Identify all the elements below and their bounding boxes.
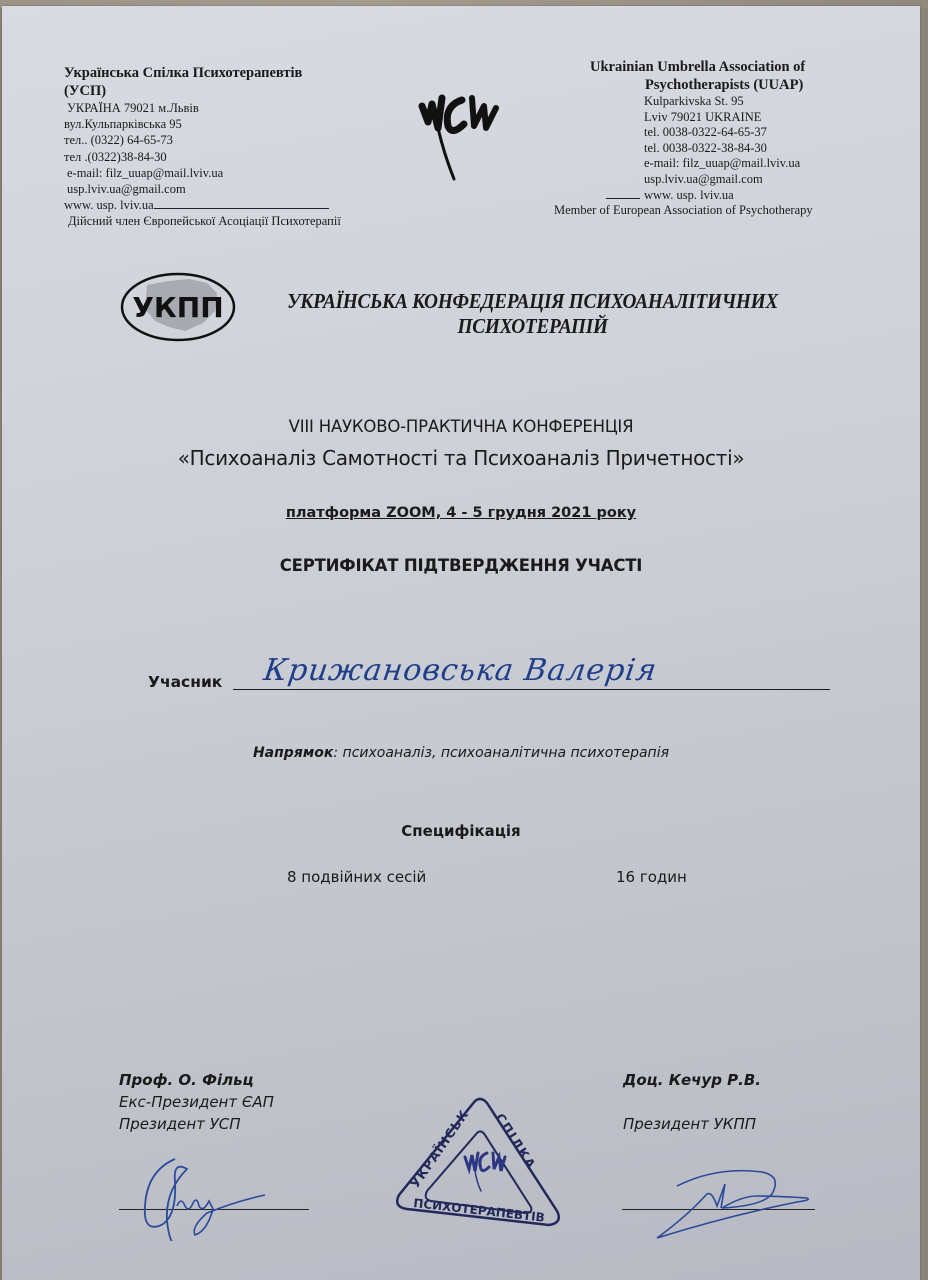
confederation-title: УКРАЇНСЬКА КОНФЕДЕРАЦІЯ ПСИХОАНАЛІТИЧНИХ…	[252, 289, 813, 339]
conference-platform-date: платформа ZOOM, 4 - 5 грудня 2021 року	[2, 505, 920, 521]
signatory-left-role1: Екс-Президент ЄАП	[119, 1091, 274, 1113]
org-abbrev-en: Psychotherapists (UUAP)	[542, 76, 882, 94]
signature-right-icon	[647, 1166, 817, 1241]
direction-value: : психоаналіз, психоаналітична психотера…	[333, 745, 669, 761]
phone-2-en: tel. 0038-0322-38-84-30	[542, 141, 882, 157]
stamp-icon: УКРАЇНСЬКА СПІЛКА ПСИХОТЕРАПЕВТІВ	[387, 1091, 572, 1241]
letterhead-right: Ukrainian Umbrella Association of Psycho…	[542, 58, 882, 219]
email-1-en: e-mail: filz_uuap@mail.lviv.ua	[542, 156, 882, 172]
svg-text:УКРАЇНСЬКА: УКРАЇНСЬКА	[387, 1091, 472, 1191]
org-name-en: Ukrainian Umbrella Association of	[542, 58, 882, 76]
participant-name-line	[233, 689, 830, 690]
membership-en: Member of European Association of Psycho…	[542, 203, 882, 219]
address-city-en: Lviv 79021 UKRAINE	[542, 110, 882, 126]
confederation-title-line2: ПСИХОТЕРАПІЙ	[252, 314, 813, 339]
certificate-title: СЕРТИФІКАТ ПІДТВЕРДЖЕННЯ УЧАСТІ	[2, 556, 920, 575]
svg-text:УКПП: УКПП	[132, 291, 223, 324]
confederation-title-line1: УКРАЇНСЬКА КОНФЕДЕРАЦІЯ ПСИХОАНАЛІТИЧНИХ	[252, 289, 813, 314]
signatory-right-role1: Президент УКПП	[623, 1113, 761, 1135]
website: www. usp. lviv.ua	[64, 198, 154, 212]
signatory-right-name: Доц. Кечур Р.В.	[623, 1069, 761, 1091]
signatory-right: Доц. Кечур Р.В. Президент УКПП	[623, 1069, 761, 1135]
phone-1-en: tel. 0038-0322-64-65-37	[542, 125, 882, 141]
website-en: www. usp. lviv.ua	[644, 188, 734, 202]
conference-subtitle: VIII НАУКОВО-ПРАКТИЧНА КОНФЕРЕНЦІЯ	[2, 417, 920, 436]
certificate-page: Українська Спілка Психотерапевтів (УСП) …	[2, 6, 920, 1280]
specification-hours: 16 годин	[616, 868, 687, 886]
direction: Напрямок: психоаналіз, психоаналітична п…	[2, 745, 920, 761]
specification-sessions: 8 подвійних сесій	[287, 868, 426, 886]
underline	[606, 198, 640, 199]
org-name-ua: Українська Спілка Психотерапевтів	[64, 64, 384, 82]
address-street-en: Kulparkivska St. 95	[542, 94, 882, 110]
org-abbrev-ua: (УСП)	[64, 82, 384, 100]
signatory-left-role2: Президент УСП	[119, 1113, 274, 1135]
email-2-en: usp.lviv.ua@gmail.com	[542, 172, 882, 188]
membership-ua: Дійсний член Європейської Асоціації Псих…	[64, 213, 384, 229]
signatory-left: Проф. О. Фільц Екс-Президент ЄАП Президе…	[119, 1069, 274, 1135]
email-2: usp.lviv.ua@gmail.com	[64, 181, 384, 197]
letterhead-left: Українська Спілка Психотерапевтів (УСП) …	[64, 64, 384, 230]
svg-text:ПСИХОТЕРАПЕВТІВ: ПСИХОТЕРАПЕВТІВ	[413, 1196, 546, 1225]
phone-1: тел.. (0322) 64-65-73	[64, 132, 384, 148]
specification-title: Специфікація	[2, 822, 920, 840]
underline	[154, 198, 329, 209]
participant-name-handwritten: Крижановська Валерія	[262, 653, 660, 688]
participant-label: Учасник	[148, 673, 222, 691]
email-1: e-mail: filz_uuap@mail.lviv.ua	[64, 165, 384, 181]
direction-label: Напрямок	[253, 745, 333, 761]
address-country: УКРАЇНА 79021 м.Львів	[64, 100, 384, 116]
ukpp-logo-icon: УКПП	[119, 271, 237, 343]
address-street: вул.Кульпарківська 95	[64, 116, 384, 132]
conference-title: «Психоаналіз Самотності та Психоаналіз П…	[2, 446, 920, 470]
phone-2: тел .(0322)38-84-30	[64, 149, 384, 165]
signatory-left-name: Проф. О. Фільц	[119, 1069, 274, 1091]
signature-left-icon	[137, 1151, 267, 1241]
usp-logo-icon	[414, 84, 504, 184]
